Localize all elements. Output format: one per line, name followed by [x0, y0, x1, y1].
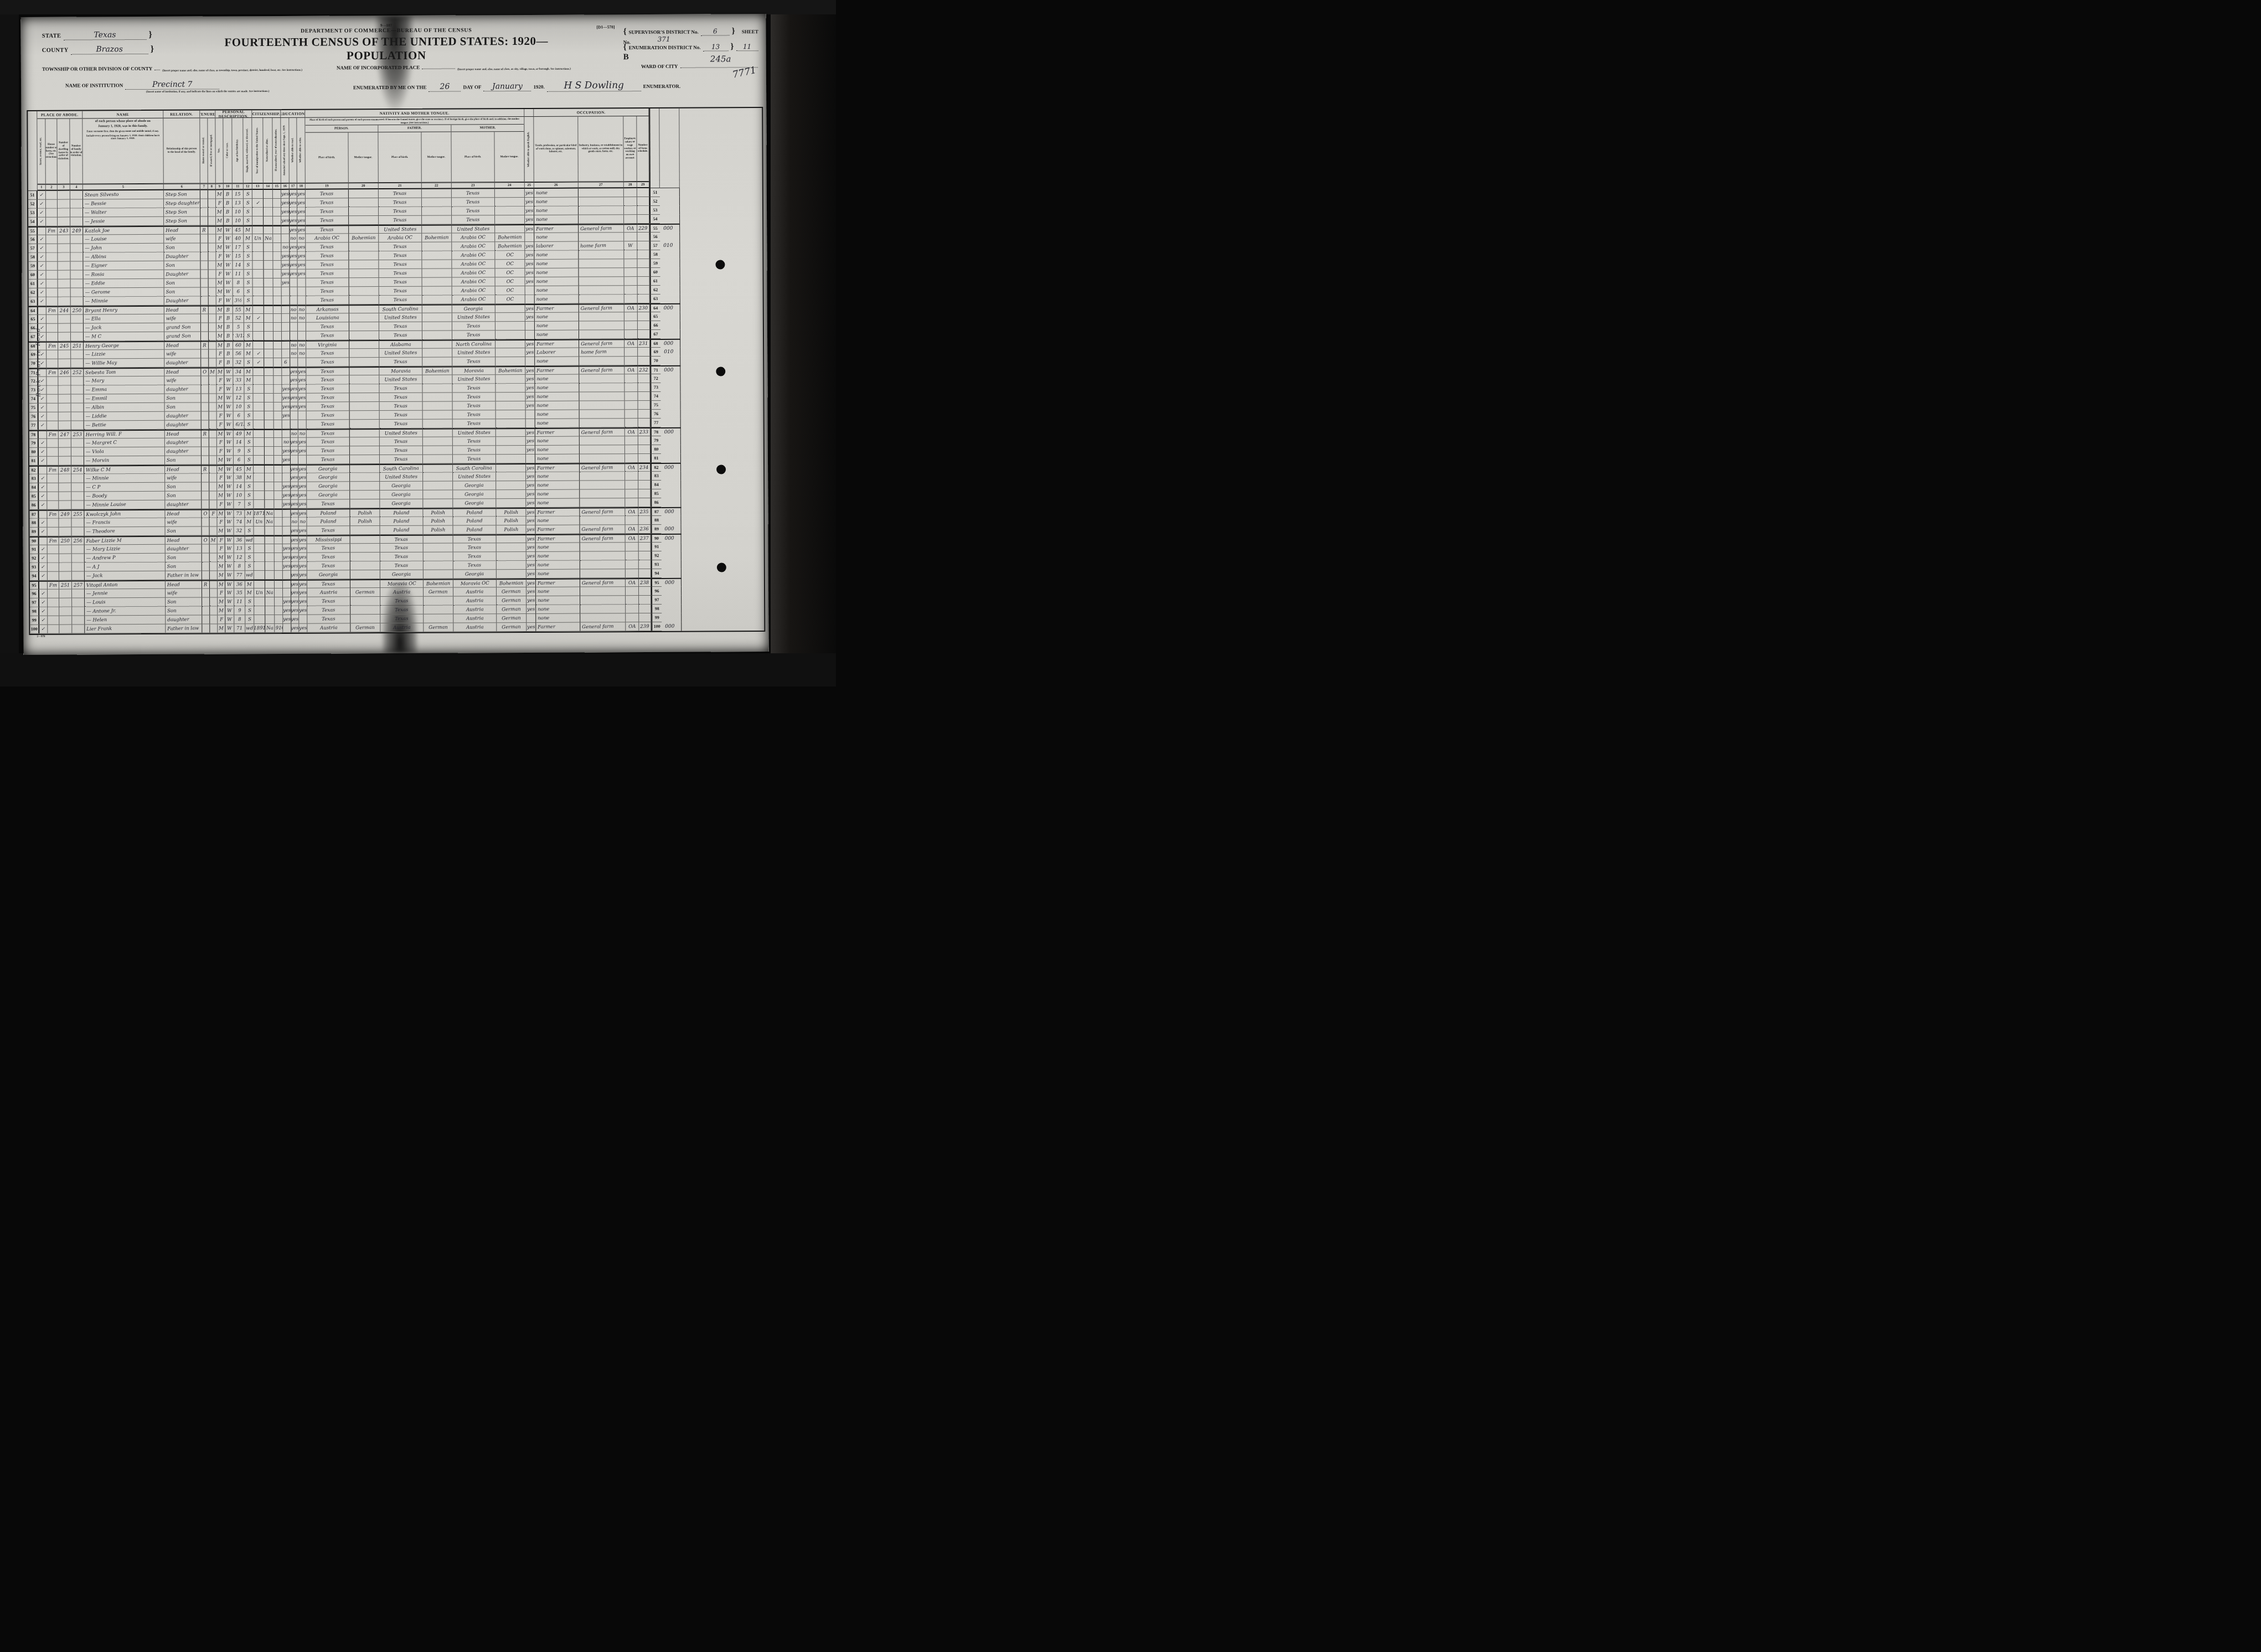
data-cell: none — [535, 410, 580, 419]
data-cell — [625, 472, 638, 481]
col-label-text: House number or farm, etc. (See instruct… — [45, 143, 58, 159]
data-cell — [624, 259, 637, 268]
line-number: 60 — [28, 271, 38, 280]
data-cell — [59, 474, 71, 483]
data-cell: Na — [265, 588, 275, 597]
data-cell — [265, 597, 275, 606]
data-cell: Fm — [46, 226, 58, 235]
data-cell: yes — [526, 552, 536, 561]
data-cell: Texas — [379, 251, 422, 260]
data-cell — [254, 420, 265, 429]
line-number: 96 — [30, 590, 39, 598]
data-cell: home farm — [579, 348, 624, 357]
line-number-right: 77 — [651, 419, 661, 427]
data-cell: — Jack — [84, 323, 164, 333]
data-cell — [580, 596, 626, 605]
data-cell: German — [350, 623, 380, 632]
data-cell — [580, 560, 626, 569]
data-cell — [254, 473, 265, 482]
data-cell — [274, 500, 282, 509]
data-cell — [273, 376, 282, 385]
data-cell — [496, 401, 526, 410]
data-cell: — Rosia — [83, 270, 164, 280]
data-cell: Georgia — [380, 570, 424, 579]
data-cell — [349, 216, 379, 225]
col-label-text: Industry, business, or establishment in … — [579, 144, 623, 154]
data-cell: M — [218, 571, 225, 580]
data-cell: 252 — [71, 368, 84, 376]
data-cell — [349, 313, 379, 322]
data-cell: no — [291, 518, 298, 526]
data-cell: OA — [625, 463, 638, 472]
data-cell — [637, 206, 649, 215]
data-cell: yes — [281, 261, 290, 270]
data-cell: ✓ — [252, 199, 264, 208]
data-cell: General farm — [579, 224, 624, 233]
data-cell: United States — [379, 225, 422, 234]
data-cell — [624, 197, 637, 206]
data-cell: Na — [265, 624, 275, 633]
data-cell — [625, 454, 638, 463]
data-cell: Son — [165, 403, 202, 412]
data-cell: 52 — [233, 314, 244, 323]
data-cell: wd — [245, 571, 254, 580]
data-cell: W — [225, 526, 234, 535]
margin-code — [660, 295, 680, 303]
data-cell: yes — [298, 482, 307, 491]
data-cell — [264, 190, 273, 199]
data-cell — [422, 296, 452, 304]
data-cell: yes — [291, 473, 298, 482]
col-label: Age at last birthday. — [232, 118, 244, 183]
data-cell — [208, 270, 216, 278]
data-cell: S — [245, 456, 254, 464]
data-cell: Georgia — [453, 490, 496, 499]
data-cell: 36 — [234, 580, 245, 588]
data-cell — [350, 579, 380, 588]
data-cell — [349, 198, 379, 207]
data-cell: ✓ — [38, 315, 47, 324]
col-label: Color or race. — [223, 118, 233, 183]
data-cell — [47, 333, 58, 342]
data-cell: F — [216, 376, 224, 385]
data-cell: Lier Frank — [85, 624, 166, 634]
data-cell: S — [244, 208, 252, 216]
data-cell: ✓ — [253, 314, 264, 323]
data-cell: 248 — [59, 466, 71, 474]
data-cell: F — [216, 199, 224, 208]
data-cell — [254, 526, 265, 535]
line-number: 97 — [30, 598, 39, 607]
data-cell: yes — [283, 562, 291, 571]
data-cell: yes — [526, 543, 536, 552]
data-cell: United States — [380, 473, 423, 482]
data-cell — [526, 614, 536, 623]
line-number: 80 — [29, 448, 39, 457]
data-cell — [624, 295, 638, 303]
data-cell — [48, 625, 59, 634]
data-cell — [210, 624, 218, 633]
data-cell: yes — [283, 544, 291, 553]
data-cell: Son — [165, 483, 202, 492]
col-label: Home owned or rented. — [200, 118, 208, 183]
line-number-right: 73 — [650, 383, 660, 392]
line-number: 92 — [30, 554, 39, 563]
data-cell — [625, 481, 638, 489]
line-number-right: 61 — [650, 277, 660, 286]
data-cell: Son — [166, 554, 202, 562]
data-cell: yes — [298, 509, 307, 518]
data-cell — [58, 377, 71, 386]
data-cell — [209, 429, 217, 438]
data-cell: United States — [452, 224, 495, 233]
line-number: 78 — [29, 430, 39, 439]
census-sheet: STATE Texas } COUNTY Brazos } 9—107 DEPA… — [20, 14, 768, 655]
data-cell: M — [244, 225, 252, 234]
institution-label: NAME OF INSTITUTION — [65, 82, 123, 88]
data-cell — [350, 570, 380, 579]
data-cell: yes — [299, 606, 307, 615]
data-cell — [275, 535, 283, 544]
data-cell — [209, 394, 216, 402]
margin-code — [661, 419, 681, 427]
data-cell — [47, 474, 59, 483]
data-cell: S — [244, 252, 252, 261]
data-cell — [208, 216, 216, 225]
data-cell — [71, 323, 84, 332]
data-cell: Daughter — [164, 270, 200, 279]
data-cell: yes — [298, 491, 307, 500]
data-cell: 9 — [234, 447, 245, 456]
data-cell: 229 — [637, 224, 649, 233]
data-cell — [202, 571, 210, 580]
data-cell: yes — [291, 509, 298, 518]
data-cell: M — [217, 491, 225, 500]
data-cell: F — [216, 385, 224, 394]
data-cell: yes — [299, 597, 307, 606]
data-cell — [209, 447, 217, 456]
data-cell: ✓ — [38, 244, 46, 253]
line-number-right: 97 — [651, 596, 662, 605]
data-cell: B — [224, 208, 233, 216]
data-cell — [265, 420, 274, 429]
data-cell — [349, 278, 379, 287]
data-cell — [209, 500, 217, 509]
data-cell — [580, 472, 625, 481]
data-cell: W — [225, 518, 234, 526]
data-cell: Son — [166, 607, 202, 616]
data-cell — [273, 252, 281, 261]
margin-code: 000 — [662, 622, 682, 631]
data-cell — [580, 587, 626, 596]
data-cell: Step daughter — [164, 199, 200, 208]
data-cell — [59, 483, 71, 492]
data-cell: S — [244, 385, 253, 394]
data-cell: — A J — [85, 562, 166, 572]
data-cell: yes — [290, 216, 297, 225]
margin-code: 000 — [660, 339, 680, 348]
data-cell — [265, 447, 274, 456]
col-number: 16 — [281, 183, 290, 190]
data-cell: 56 — [233, 349, 244, 358]
data-cell: 245 — [58, 342, 71, 350]
data-cell: W — [225, 606, 234, 615]
data-cell — [47, 404, 59, 412]
data-cell: Texas — [379, 358, 422, 366]
data-cell: yes — [290, 199, 297, 208]
col-label-text: Street, avenue, road, etc. — [40, 137, 43, 165]
data-cell: yes — [282, 394, 290, 402]
data-cell: 9 — [234, 606, 245, 615]
line-number-right: 59 — [649, 259, 660, 268]
ward-field: WARD OF CITY — [641, 60, 758, 71]
line-number: 61 — [29, 280, 38, 288]
data-cell — [273, 208, 281, 216]
data-cell: 234 — [638, 463, 651, 472]
data-cell — [210, 562, 218, 571]
data-cell — [265, 429, 274, 438]
data-cell: ✓ — [39, 616, 48, 625]
data-cell: North Carolina — [452, 339, 495, 348]
data-cell — [298, 358, 306, 367]
data-cell: Texas — [307, 499, 350, 508]
data-cell: General farm — [580, 525, 626, 534]
data-cell — [59, 528, 72, 536]
line-number-right: 74 — [650, 392, 660, 401]
margin-code — [661, 436, 681, 445]
line-number-right: 96 — [651, 587, 662, 596]
data-cell — [273, 199, 281, 208]
data-cell: 255 — [71, 509, 84, 518]
data-cell: yes — [281, 190, 290, 199]
group-title: EDUCATION. — [281, 110, 305, 118]
data-cell — [254, 438, 265, 447]
data-cell — [48, 616, 59, 625]
data-cell: Texas — [379, 296, 422, 304]
data-cell: Virginia — [306, 340, 349, 349]
data-cell — [579, 383, 624, 392]
data-cell — [639, 560, 651, 569]
data-cell: Un — [254, 518, 265, 526]
data-cell — [274, 518, 282, 526]
data-cell: Arabia OC — [452, 251, 495, 260]
data-cell: Texas — [306, 296, 349, 304]
data-cell: B — [224, 358, 233, 367]
data-cell — [638, 489, 651, 498]
data-cell: yes — [299, 526, 307, 535]
name-note: January 1, 1920, was in this family. — [98, 125, 148, 129]
line-number: 63 — [29, 297, 38, 306]
institution-note: (Insert name of institution, if any, and… — [146, 90, 269, 94]
data-cell — [274, 438, 282, 447]
data-cell: General farm — [580, 534, 626, 543]
data-cell: Texas — [306, 225, 349, 234]
data-cell: M — [216, 340, 224, 349]
data-cell: yes — [525, 339, 535, 348]
data-cell: 232 — [638, 365, 650, 374]
data-cell: yes — [290, 208, 297, 216]
data-cell — [291, 456, 298, 464]
data-cell — [525, 357, 535, 366]
data-cell: — Viola — [84, 447, 165, 457]
data-cell — [274, 464, 282, 473]
data-cell: none — [535, 277, 579, 286]
col-number: 18 — [297, 183, 306, 190]
data-cell: General farm — [580, 427, 625, 436]
data-cell — [525, 233, 534, 242]
data-cell: Stean Silvesto — [83, 190, 164, 200]
data-cell — [265, 615, 275, 624]
data-cell — [254, 402, 265, 411]
data-cell: — Minnie — [84, 474, 165, 483]
data-cell — [275, 553, 283, 562]
data-cell: yes — [290, 367, 298, 376]
data-cell: W — [224, 234, 233, 243]
margin-code: 010 — [660, 348, 680, 357]
data-cell — [350, 597, 380, 606]
line-number-right: 63 — [650, 295, 660, 303]
data-cell: 34 — [233, 367, 244, 376]
data-cell: Texas — [452, 198, 495, 206]
data-cell: W — [224, 394, 233, 402]
data-cell: — Emmil — [84, 394, 164, 404]
col-number: 12 — [244, 183, 252, 190]
data-cell: Georgia — [453, 499, 496, 508]
data-cell: ✓ — [39, 519, 47, 528]
data-cell — [210, 588, 218, 597]
data-cell — [637, 268, 649, 277]
data-cell — [273, 296, 282, 305]
data-cell — [200, 199, 208, 208]
data-cell: yes — [291, 624, 299, 633]
data-cell — [59, 439, 71, 448]
data-cell: F — [216, 358, 224, 367]
line-number-right: 93 — [651, 560, 662, 569]
data-cell — [638, 445, 651, 454]
data-cell: 235 — [638, 507, 651, 516]
data-cell: — Eigner — [83, 261, 164, 271]
data-cell — [59, 501, 71, 510]
data-cell — [58, 315, 71, 324]
data-cell: OA — [626, 578, 639, 587]
data-cell: Texas — [379, 331, 422, 340]
col-number: 29 — [637, 182, 649, 188]
data-cell — [273, 190, 281, 199]
data-cell: W — [224, 385, 233, 394]
data-cell: W — [224, 367, 233, 376]
data-cell — [202, 544, 210, 553]
data-cell: — Helen — [85, 616, 166, 625]
data-cell: OA — [624, 224, 637, 233]
data-cell — [282, 518, 291, 526]
data-cell: none — [535, 286, 579, 295]
data-cell: yes — [526, 623, 536, 632]
data-cell — [48, 554, 59, 563]
col-label: Single, married, widowed, or divorced. — [243, 118, 252, 183]
data-cell: Texas — [306, 331, 349, 340]
data-cell: Georgia — [380, 499, 423, 508]
data-cell — [497, 534, 526, 543]
data-cell: Arabia OC — [306, 234, 349, 242]
data-cell — [639, 569, 651, 578]
data-cell: W — [225, 447, 234, 456]
data-cell — [47, 412, 59, 421]
data-cell — [59, 421, 71, 430]
data-cell: daughter — [165, 421, 202, 430]
data-cell — [254, 464, 265, 473]
col-label: Whether able to read. — [289, 118, 297, 183]
data-cell — [201, 314, 209, 323]
data-cell — [496, 410, 526, 419]
data-cell: Georgia — [380, 482, 423, 491]
col-number: 5 — [83, 184, 164, 191]
data-cell — [349, 189, 379, 198]
margin-code — [660, 206, 680, 215]
data-cell: yes — [526, 472, 535, 481]
data-cell: yes — [525, 348, 535, 357]
data-cell — [637, 188, 649, 197]
data-cell — [252, 208, 264, 216]
data-cell: Georgia — [307, 464, 350, 473]
data-cell — [254, 456, 265, 464]
enum-month: January — [483, 82, 531, 91]
data-cell — [275, 562, 283, 571]
data-cell — [274, 429, 282, 438]
line-number: 98 — [30, 607, 39, 616]
data-cell — [273, 243, 281, 252]
data-cell: ✓ — [38, 235, 46, 244]
data-cell — [275, 588, 283, 597]
data-cell — [290, 278, 298, 287]
data-cell: 236 — [639, 525, 651, 534]
data-cell — [273, 323, 282, 332]
data-cell — [47, 448, 59, 457]
data-cell — [625, 516, 638, 525]
data-cell — [200, 208, 208, 216]
data-cell — [422, 349, 452, 358]
data-cell — [265, 526, 275, 535]
data-cell: Na — [265, 509, 274, 518]
line-number: 51 — [28, 191, 38, 200]
data-cell: W — [224, 252, 233, 261]
data-cell: Texas — [307, 561, 350, 570]
data-cell: S — [245, 402, 254, 411]
data-cell — [638, 321, 650, 330]
data-cell — [580, 498, 625, 507]
data-cell — [349, 384, 379, 393]
col-number: 14 — [264, 183, 273, 190]
data-cell — [626, 613, 639, 622]
data-cell — [625, 498, 638, 507]
data-cell: ✓ — [38, 297, 47, 306]
data-cell — [48, 528, 59, 536]
data-cell: yes — [526, 605, 536, 614]
data-cell — [637, 259, 649, 268]
data-cell: Son — [164, 394, 201, 403]
data-cell: O — [201, 367, 209, 376]
data-cell: yes — [299, 571, 307, 580]
data-cell: Bohemian — [495, 366, 525, 375]
data-cell: ✓ — [39, 545, 48, 554]
margin-code — [662, 569, 682, 578]
data-cell — [265, 500, 274, 509]
data-cell — [264, 225, 273, 234]
col-number: 28 — [624, 182, 637, 188]
data-cell: none — [535, 437, 580, 446]
col-label: Whether able to write. — [297, 118, 306, 183]
data-cell — [208, 208, 216, 216]
enumdist-label: ENUMERATION DISTRICT No. — [629, 45, 701, 51]
